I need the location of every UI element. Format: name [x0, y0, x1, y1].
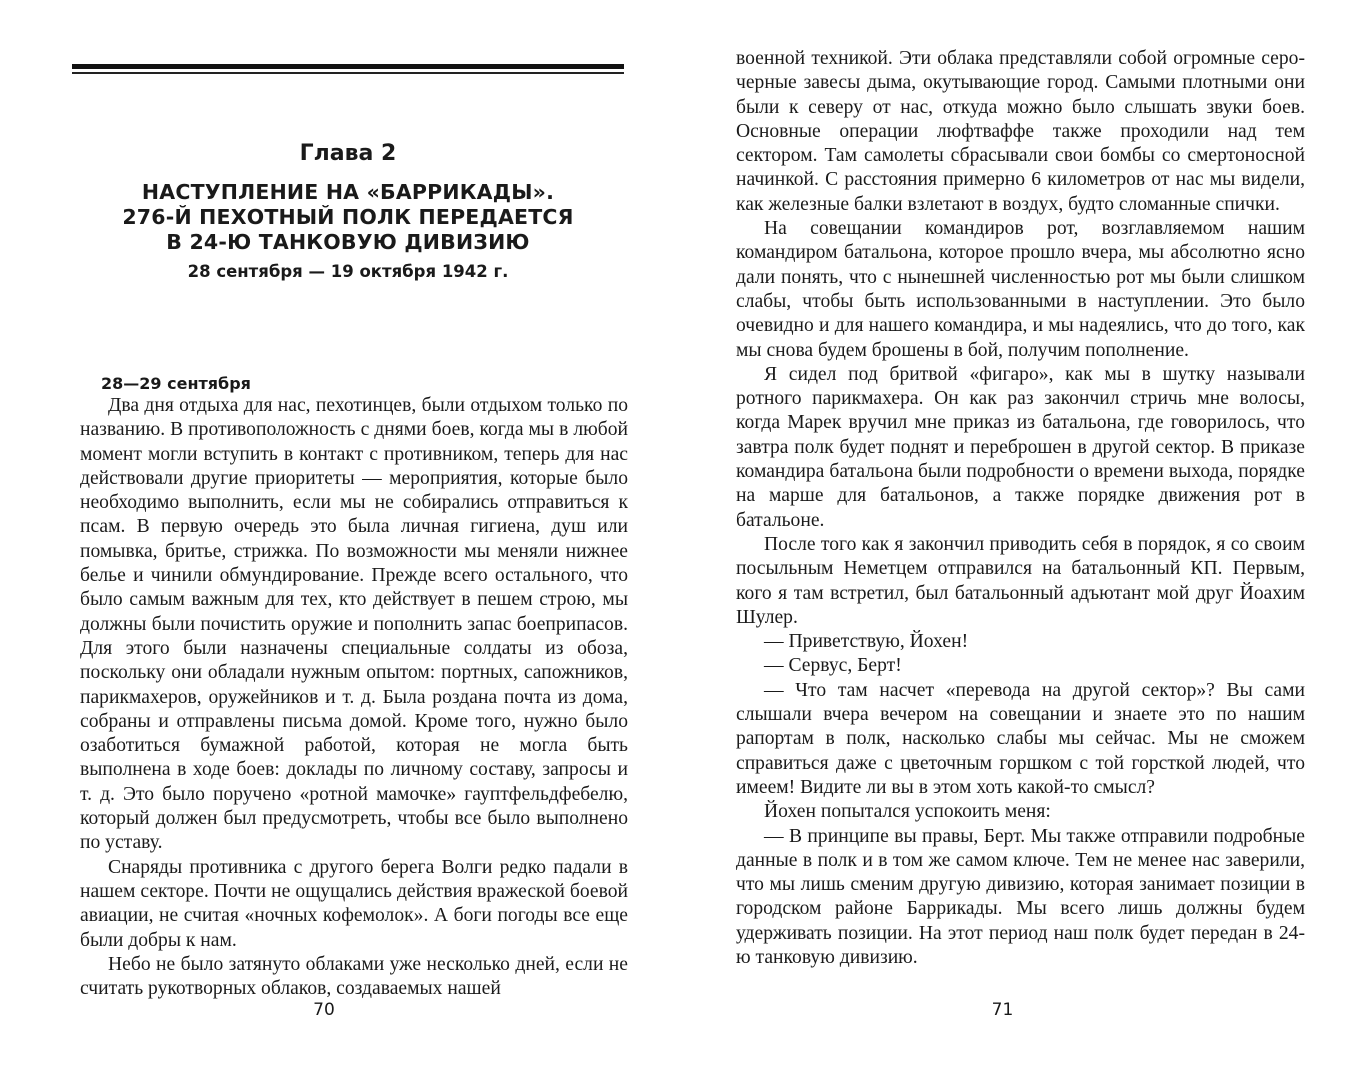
paragraph: Небо не было затянуто облаками уже неско…	[80, 953, 628, 1002]
chapter-title-line: В 24-Ю ТАНКОВУЮ ДИВИЗИЮ	[72, 230, 624, 255]
chapter-dates: 28 сентября — 19 октября 1942 г.	[72, 261, 624, 283]
dialogue-line: — Приветствую, Йохен!	[736, 630, 1305, 654]
paragraph: Снаряды противника с другого берега Волг…	[80, 856, 628, 953]
page-number: 70	[0, 1000, 663, 1020]
paragraph-continuation: военной техникой. Эти облака представлял…	[736, 47, 1305, 217]
left-page: Глава 2 НАСТУПЛЕНИЕ НА «БАРРИКАДЫ». 276-…	[0, 0, 678, 1080]
chapter-title-line: 276-Й ПЕХОТНЫЙ ПОЛК ПЕРЕДАЕТСЯ	[72, 205, 624, 230]
left-page-body: Два дня отдыха для нас, пехотинцев, были…	[80, 394, 628, 1001]
chapter-rule-thick	[72, 64, 624, 69]
chapter-label: Глава 2	[72, 140, 624, 168]
page-number: 71	[663, 1000, 1342, 1020]
right-page: военной техникой. Эти облака представлял…	[678, 0, 1357, 1080]
paragraph: Йохен попытался успокоить меня:	[736, 800, 1305, 824]
chapter-title-line: НАСТУПЛЕНИЕ НА «БАРРИКАДЫ».	[72, 180, 624, 205]
dialogue-line: — В принципе вы правы, Берт. Мы также от…	[736, 825, 1305, 971]
right-page-body: военной техникой. Эти облака представлял…	[736, 47, 1305, 970]
chapter-title: НАСТУПЛЕНИЕ НА «БАРРИКАДЫ». 276-Й ПЕХОТН…	[72, 180, 624, 255]
dialogue-line: — Сервус, Берт!	[736, 654, 1305, 678]
paragraph: Два дня отдыха для нас, пехотинцев, были…	[80, 394, 628, 856]
section-heading: 28—29 сентября	[101, 373, 251, 395]
chapter-rule-thin	[72, 72, 624, 74]
dialogue-line: — Что там насчет «перевода на другой сек…	[736, 679, 1305, 800]
paragraph: После того как я закончил приводить себя…	[736, 533, 1305, 630]
paragraph: Я сидел под бритвой «фигаро», как мы в ш…	[736, 363, 1305, 533]
chapter-header: Глава 2 НАСТУПЛЕНИЕ НА «БАРРИКАДЫ». 276-…	[72, 140, 624, 283]
paragraph: На совещании командиров рот, возглавляем…	[736, 217, 1305, 363]
